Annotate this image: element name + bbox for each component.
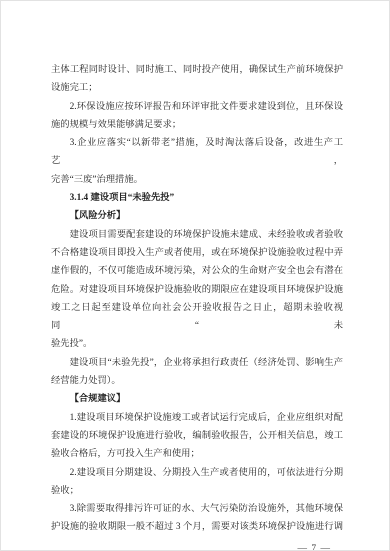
text-line: 施的规模与效果能够满足要求； (51, 116, 343, 134)
text-line: 套建设的环境保护设施进行验收，编制验收报告，公开相关信息，竣工 (51, 427, 343, 445)
text-line: 验先投”。 (51, 335, 343, 353)
page-body-text: 主体工程同时设计、同时施工、同时投产使用，确保试生产前环境保护 设施完工； 2.… (1, 1, 389, 551)
text-line: 不合格建设项目即投入生产或者使用，或在环境保护设施验收过程中弄 (51, 244, 343, 262)
text-line: 完善“三废”治理措施。 (51, 171, 343, 189)
section-heading-3-1-4: 3.1.4 建设项目“未验先投” (51, 189, 343, 207)
text-line: 验收； (51, 482, 343, 500)
text-line: 设施完工； (51, 79, 343, 97)
text-line: 危险。对建设项目环境保护设施验收的期限应在建设项目环境保护设施 (51, 281, 343, 299)
document-page: 主体工程同时设计、同时施工、同时投产使用，确保试生产前环境保护 设施完工； 2.… (0, 0, 390, 551)
text-line: 护设施的验收期限一般不超过 3 个月，需要对该类环境保护设施进行调 (51, 518, 343, 536)
text-line: 2.环保设施应按环评报告和环评审批文件要求建设到位，且环保设 (51, 98, 343, 116)
text-line: 虚作假的，不仅可能造成环境污染，对公众的生命财产安全也会有潜在 (51, 262, 343, 280)
text-line: 验收合格后，方可投入生产和使用； (51, 445, 343, 463)
text-line: 主体工程同时设计、同时施工、同时投产使用，确保试生产前环境保护 (51, 61, 343, 79)
page-number: — 7 — (51, 543, 343, 551)
risk-analysis-header: 【风险分析】 (51, 207, 343, 225)
text-line: 3.除需要取得排污许可证的水、大气污染防治设施外，其他环境保 (51, 500, 343, 518)
compliance-advice-header: 【合规建议】 (51, 390, 343, 408)
text-line: 建设项目需要配套建设的环境保护设施未建成、未经验收或者验收 (51, 226, 343, 244)
text-line: 3.企业应落实“以新带老”措施，及时淘汰落后设备，改进生产工艺， (51, 134, 343, 171)
text-line: 竣工之日起至建设单位向社会公开验收报告之日止，超期未验收视同“未 (51, 299, 343, 336)
text-line: 建设项目“未验先投”，企业将承担行政责任（经济处罚、影响生产 (51, 354, 343, 372)
text-line: 经营能力处罚）。 (51, 372, 343, 390)
text-line: 2.建设项目分期建设、分期投入生产或者使用的，可依法进行分期 (51, 464, 343, 482)
text-line: 1.建设项目环境保护设施竣工或者试运行完成后，企业应组织对配 (51, 409, 343, 427)
